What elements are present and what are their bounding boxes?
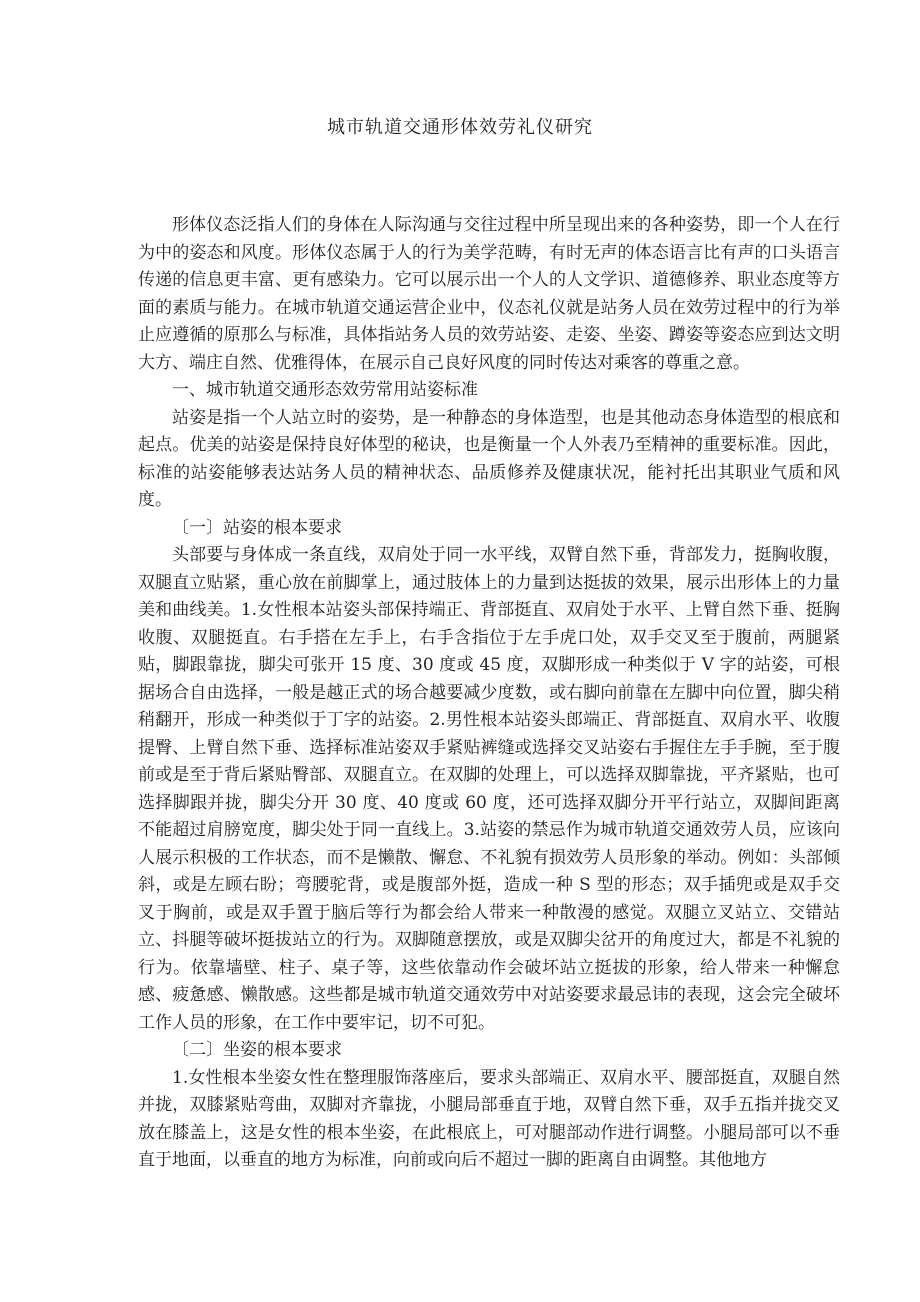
section-heading: 一、城市轨道交通形态效劳常用站姿标准 [138, 377, 840, 405]
document-body: 形体仪态泛指人们的身体在人际沟通与交往过程中所呈现出来的各种姿势，即一个人在行为… [138, 212, 840, 1175]
section-heading: 〔一〕站姿的根本要求 [138, 515, 840, 543]
document-title: 城市轨道交通形体效劳礼仪研究 [0, 113, 920, 139]
body-paragraph: 形体仪态泛指人们的身体在人际沟通与交往过程中所呈现出来的各种姿势，即一个人在行为… [138, 212, 840, 377]
body-paragraph: 1.女性根本坐姿女性在整理服饰落座后，要求头部端正、双肩水平、腰部挺直，双腿自然… [138, 1065, 840, 1175]
section-heading: 〔二〕坐姿的根本要求 [138, 1037, 840, 1065]
body-paragraph: 头部要与身体成一条直线，双肩处于同一水平线，双臂自然下垂，背部发力，挺胸收腹，双… [138, 542, 840, 1037]
body-paragraph: 站姿是指一个人站立时的姿势，是一种静态的身体造型，也是其他动态身体造型的根底和起… [138, 405, 840, 515]
document-page: 城市轨道交通形体效劳礼仪研究 形体仪态泛指人们的身体在人际沟通与交往过程中所呈现… [0, 0, 920, 1302]
